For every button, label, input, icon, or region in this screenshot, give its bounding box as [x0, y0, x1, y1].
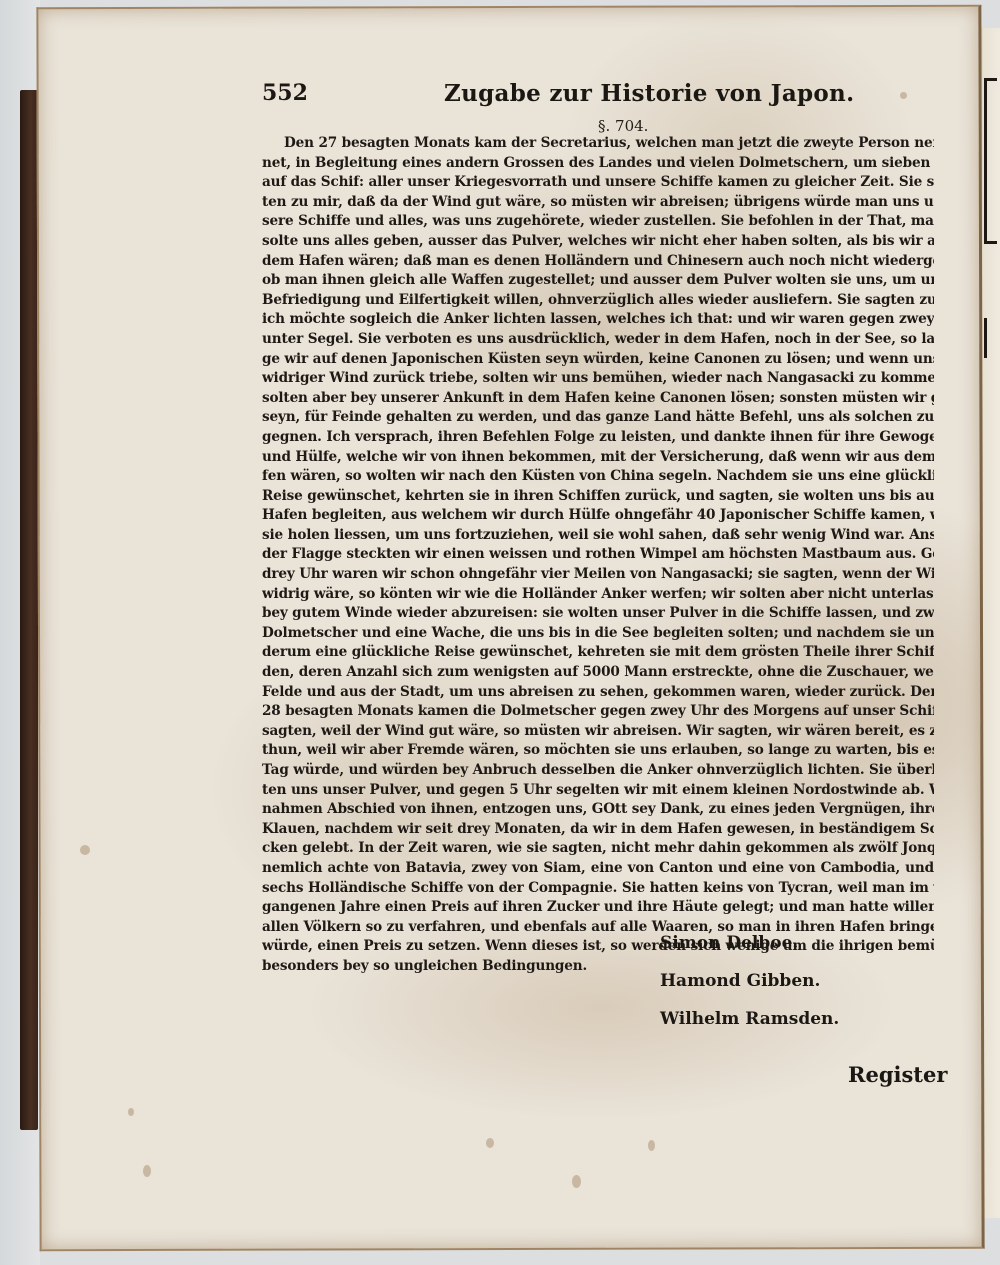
foxing-spot	[80, 845, 90, 855]
text-line: gegnen. Ich versprach, ihren Befehlen Fo…	[262, 428, 934, 448]
text-line: fen wären, so wolten wir nach den Küsten…	[262, 467, 934, 487]
signatures: Simon Delboe. Hamond Gibben. Wilhelm Ram…	[660, 928, 839, 1042]
text-line: sagten, weil der Wind gut wäre, so müste…	[262, 722, 934, 742]
text-line: Felde und aus der Stadt, um uns abreisen…	[262, 683, 934, 703]
text-line: net, in Begleitung eines andern Grossen …	[262, 154, 934, 174]
text-line: widriger Wind zurück triebe, solten wir …	[262, 369, 934, 389]
text-line: Den 27 besagten Monats kam der Secretari…	[262, 134, 934, 154]
signature-line: Simon Delboe.	[660, 928, 839, 966]
text-line: Befriedigung und Eilfertigkeit willen, o…	[262, 291, 934, 311]
signature-line: Hamond Gibben.	[660, 966, 839, 1004]
text-line: der Flagge steckten wir einen weissen un…	[262, 545, 934, 565]
text-line: solten aber bey unserer Ankunft in dem H…	[262, 389, 934, 409]
text-line: und Hülfe, welche wir von ihnen bekommen…	[262, 448, 934, 468]
text-line: Hafen begleiten, aus welchem wir durch H…	[262, 506, 934, 526]
text-line: ten zu mir, daß da der Wind gut wäre, so…	[262, 193, 934, 213]
text-line: seyn, für Feinde gehalten zu werden, und…	[262, 408, 934, 428]
text-line: dem Hafen wären; daß man es denen Hollän…	[262, 252, 934, 272]
book-cover-edge	[20, 90, 38, 1130]
running-title: Zugabe zur Historie von Japon.	[444, 80, 854, 107]
text-line: sechs Holländische Schiffe von der Compa…	[262, 879, 934, 899]
text-line: bey gutem Winde wieder abzureisen: sie w…	[262, 604, 934, 624]
text-line: ge wir auf denen Japonischen Küsten seyn…	[262, 350, 934, 370]
foxing-spot	[572, 1175, 581, 1188]
text-line: Reise gewünschet, kehrten sie in ihren S…	[262, 487, 934, 507]
text-line: gangenen Jahre einen Preis auf ihren Zuc…	[262, 898, 934, 918]
running-head: 552 Zugabe zur Historie von Japon.	[262, 80, 952, 114]
ornament-border-icon	[984, 318, 997, 358]
text-line: auf das Schif: aller unser Kriegesvorrat…	[262, 173, 934, 193]
text-line: sie holen liessen, um uns fortzuziehen, …	[262, 526, 934, 546]
text-line: cken gelebt. In der Zeit waren, wie sie …	[262, 839, 934, 859]
text-line: nahmen Abschied von ihnen, entzogen uns,…	[262, 800, 934, 820]
text-line: widrig wäre, so könten wir wie die Hollä…	[262, 585, 934, 605]
catchword: Register	[848, 1062, 947, 1087]
foxing-spot	[128, 1108, 134, 1116]
foxing-spot	[143, 1165, 151, 1177]
text-line: den, deren Anzahl sich zum wenigsten auf…	[262, 663, 934, 683]
text-line: Tag würde, und würden bey Anbruch dessel…	[262, 761, 934, 781]
signature-line: Wilhelm Ramsden.	[660, 1004, 839, 1042]
text-line: solte uns alles geben, ausser das Pulver…	[262, 232, 934, 252]
text-line: ich möchte sogleich die Anker lichten la…	[262, 310, 934, 330]
foxing-spot	[648, 1140, 655, 1151]
page-number: 552	[262, 80, 308, 106]
text-line: thun, weil wir aber Fremde wären, so möc…	[262, 741, 934, 761]
ornament-border-icon	[984, 78, 997, 244]
text-line: Klauen, nachdem wir seit drey Monaten, d…	[262, 820, 934, 840]
text-line: sere Schiffe und alles, was uns zugehöre…	[262, 212, 934, 232]
foxing-spot	[486, 1138, 494, 1148]
section-number: §. 704.	[598, 117, 648, 135]
text-line: 28 besagten Monats kamen die Dolmetscher…	[262, 702, 934, 722]
text-line: ten uns unser Pulver, und gegen 5 Uhr se…	[262, 781, 934, 801]
text-line: nemlich achte von Batavia, zwey von Siam…	[262, 859, 934, 879]
text-line: unter Segel. Sie verboten es uns ausdrüc…	[262, 330, 934, 350]
text-line: ob man ihnen gleich alle Waffen zugestel…	[262, 271, 934, 291]
text-line: derum eine glückliche Reise gewünschet, …	[262, 643, 934, 663]
body-text: Den 27 besagten Monats kam der Secretari…	[262, 134, 934, 977]
text-line: drey Uhr waren wir schon ohngefähr vier …	[262, 565, 934, 585]
text-line: Dolmetscher und eine Wache, die uns bis …	[262, 624, 934, 644]
